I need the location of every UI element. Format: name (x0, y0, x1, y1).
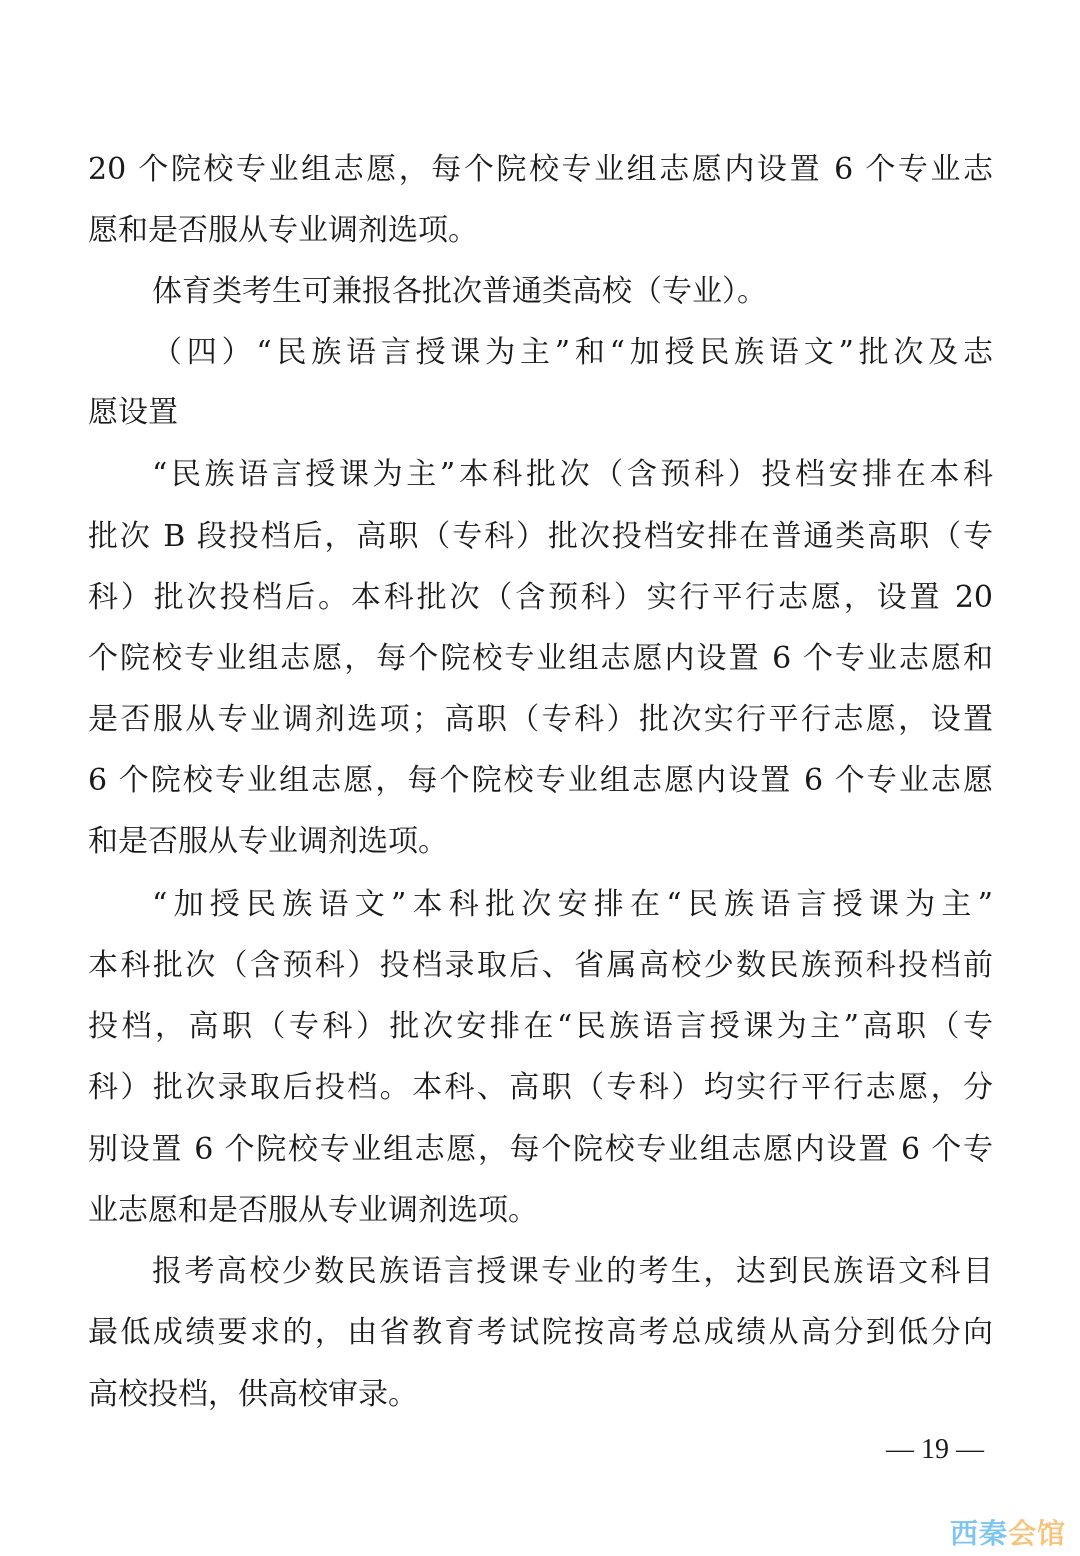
text-line: 高校投档，供高校审录。 (88, 1375, 993, 1415)
text-line: 批次 B 段投档后，高职（专科）批次投档安排在普通类高职（专 (88, 517, 993, 557)
text-line: 6 个院校专业组志愿，每个院校专业组志愿内设置 6 个专业志愿 (88, 761, 993, 801)
watermark-logo: 西秦会馆 (950, 1516, 1066, 1552)
text-line: 体育类考生可兼报各批次普通类高校（专业）。 (152, 272, 993, 312)
text-line: 个院校专业组志愿，每个院校专业组志愿内设置 6 个专业志愿和 (88, 639, 993, 679)
text-line: 科）批次投档后。本科批次（含预科）实行平行志愿，设置 20 (88, 578, 993, 618)
text-line: 和是否服从专业调剂选项。 (88, 822, 993, 862)
text-line: “民族语言授课为主”本科批次（含预科）投档安排在本科 (152, 455, 993, 495)
text-line: 最低成绩要求的，由省教育考试院按高考总成绩从高分到低分向 (88, 1313, 993, 1353)
text-line: 愿设置 (88, 393, 993, 433)
text-line: 投档，高职（专科）批次安排在“民族语言授课为主”高职（专 (88, 1007, 993, 1047)
text-line: （四）“民族语言授课为主”和“加授民族语文”批次及志 (152, 333, 993, 373)
text-line: 报考高校少数民族语言授课专业的考生，达到民族语文科目 (152, 1252, 993, 1292)
text-line: 业志愿和是否服从专业调剂选项。 (88, 1191, 993, 1231)
page-number: — 19 — (870, 1433, 1000, 1467)
text-line: 科）批次录取后投档。本科、高职（专科）均实行平行志愿，分 (88, 1068, 993, 1108)
text-line: 20 个院校专业组志愿，每个院校专业组志愿内设置 6 个专业志 (88, 150, 993, 190)
document-page: 20 个院校专业组志愿，每个院校专业组志愿内设置 6 个专业志愿和是否服从专业调… (0, 0, 1080, 1556)
text-line: 本科批次（含预科）投档录取后、省属高校少数民族预科投档前 (88, 946, 993, 986)
text-line: 别设置 6 个院校专业组志愿，每个院校专业组志愿内设置 6 个专 (88, 1130, 993, 1170)
text-line: “加授民族语文”本科批次安排在“民族语言授课为主” (152, 885, 993, 925)
text-line: 是否服从专业调剂选项；高职（专科）批次实行平行志愿，设置 (88, 700, 993, 740)
watermark-part-1: 西秦 (950, 1517, 1008, 1550)
watermark-part-2: 会馆 (1008, 1517, 1066, 1550)
text-line: 愿和是否服从专业调剂选项。 (88, 211, 993, 251)
